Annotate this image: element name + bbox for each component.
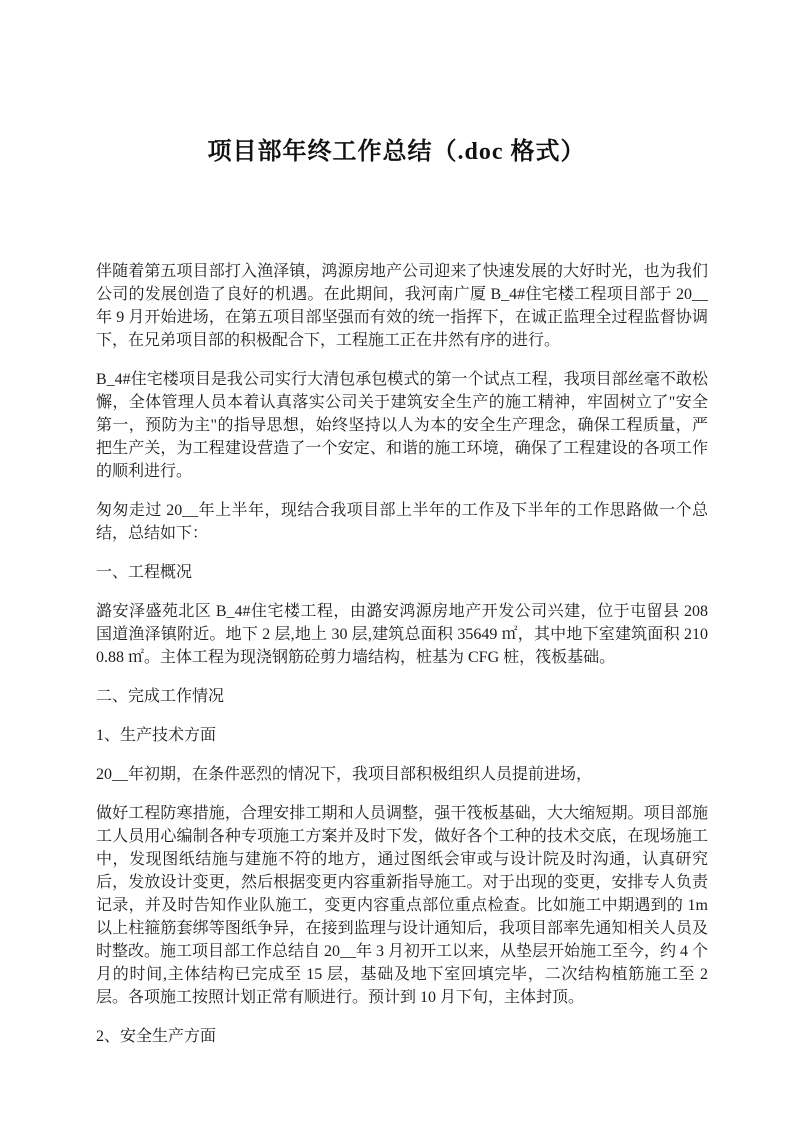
document-body: 伴随着第五项目部打入渔泽镇，鸿源房地产公司迎来了快速发展的大好时光，也为我们公司… [96, 260, 708, 1048]
section-heading-safety-production: 2、安全生产方面 [96, 1025, 708, 1048]
paragraph-pilot-project: B_4#住宅楼项目是我公司实行大清包承包模式的第一个试点工程，我项目部丝毫不敢松… [96, 368, 708, 483]
paragraph-intro: 伴随着第五项目部打入渔泽镇，鸿源房地产公司迎来了快速发展的大好时光，也为我们公司… [96, 260, 708, 352]
section-heading-project-overview: 一、工程概况 [96, 561, 708, 584]
section-heading-completed-work: 二、完成工作情况 [96, 685, 708, 708]
paragraph-construction-progress: 做好工程防寒措施，合理安排工期和人员调整，强干筏板基础，大大缩短期。项目部施工人… [96, 802, 708, 1009]
paragraph-summary-lead: 匆匆走过 20__年上半年，现结合我项目部上半年的工作及下半年的工作思路做一个总… [96, 499, 708, 545]
document-page: 项目部年终工作总结（.doc 格式） 伴随着第五项目部打入渔泽镇，鸿源房地产公司… [0, 0, 793, 1122]
paragraph-project-overview: 潞安泽盛苑北区 B_4#住宅楼工程，由潞安鸿源房地产开发公司兴建，位于屯留县 2… [96, 600, 708, 669]
paragraph-early-mobilization: 20__年初期，在条件恶烈的情况下，我项目部积极组织人员提前进场， [96, 763, 708, 786]
section-heading-production-technology: 1、生产技术方面 [96, 724, 708, 747]
document-title: 项目部年终工作总结（.doc 格式） [0, 136, 793, 168]
